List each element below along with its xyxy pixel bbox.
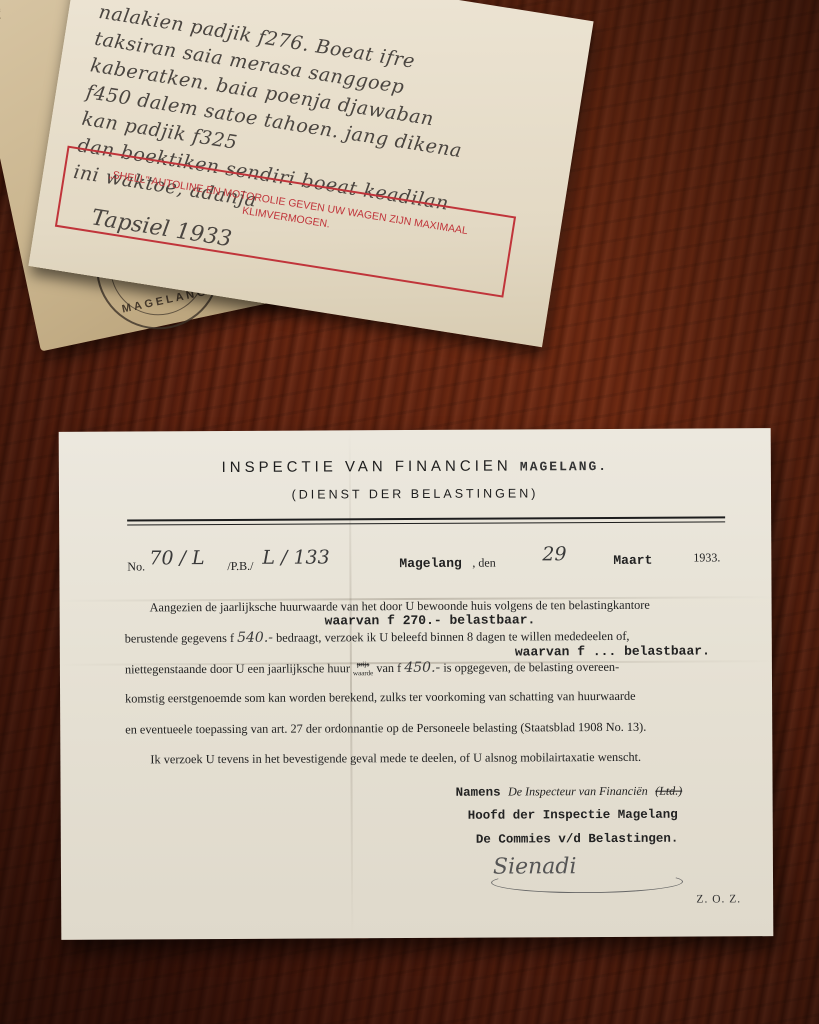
sig-line-2: Hoofd der Inspectie Magelang bbox=[456, 807, 756, 833]
p1-insert2: waarvan f ... belastbaar. bbox=[515, 644, 710, 658]
paper-fold-vertical bbox=[349, 430, 354, 938]
frac-bottom: waarde bbox=[353, 669, 373, 677]
p1-line3-amount: 450.- bbox=[404, 660, 440, 676]
header-rule bbox=[127, 516, 725, 521]
p1-line2-pre: berustende gegevens f bbox=[125, 631, 234, 646]
p1-line2-amount: 540.- bbox=[237, 630, 273, 646]
place: Magelang bbox=[399, 556, 461, 571]
month: Maart bbox=[613, 553, 652, 568]
envelope-edge-text: AN PO bbox=[0, 0, 3, 19]
p1-line3: niettegenstaande door U een jaarlijksche… bbox=[125, 659, 619, 680]
letterhead-printed: INSPECTIE VAN FINANCIEN bbox=[222, 457, 512, 476]
year: 1933. bbox=[693, 550, 720, 565]
p1-line3-mid: van f bbox=[376, 661, 401, 675]
struck-abbrev: (Ltd.) bbox=[655, 784, 682, 798]
price-value-fraction: prijs waarde bbox=[353, 660, 373, 678]
p1-line1: Aangezien de jaarlijksche huurwaarde van… bbox=[150, 599, 650, 614]
pb-value: L / 133 bbox=[262, 546, 329, 568]
signature-block: Namens De Inspecteur van Financiën (Ltd.… bbox=[456, 783, 756, 857]
inspecteur-title: De Inspecteur van Financiën bbox=[508, 784, 648, 799]
paragraph-2: Ik verzoek U tevens in het bevestigende … bbox=[125, 750, 735, 753]
namens: Namens bbox=[456, 786, 501, 800]
pb-label: /P.B./ bbox=[227, 559, 253, 574]
no-label: No. bbox=[127, 559, 145, 574]
p1-line3-pre: niettegenstaande door U een jaarlijksche… bbox=[125, 661, 350, 676]
p1-line2: berustende gegevens f 540.- bedraagt, ve… bbox=[125, 629, 630, 646]
letterhead-subtitle: (DIENST DER BELASTINGEN) bbox=[59, 485, 771, 503]
reference-row: No. 70 / L /P.B./ L / 133 Magelang , den… bbox=[127, 550, 737, 553]
no-value: 70 / L bbox=[149, 547, 204, 569]
letterhead-title: INSPECTIE VAN FINANCIEN MAGELANG. bbox=[59, 456, 771, 477]
p1-line3-post: is opgegeven, de belasting overeen- bbox=[443, 660, 619, 675]
sig-line-3: De Commies v/d Belastingen. bbox=[456, 831, 756, 857]
zoz-footer: Z. O. Z. bbox=[696, 893, 741, 905]
tax-letter: INSPECTIE VAN FINANCIEN MAGELANG. (DIENS… bbox=[59, 428, 774, 940]
sig-line-1: Namens De Inspecteur van Financiën (Ltd.… bbox=[456, 783, 756, 809]
p1-line5: en eventueele toepassing van art. 27 der… bbox=[125, 721, 646, 736]
p2-line: Ik verzoek U tevens in het bevestigende … bbox=[150, 751, 641, 766]
p1-line2-post: bedraagt, verzoek ik U beleefd binnen 8 … bbox=[276, 629, 629, 645]
signature-flourish bbox=[491, 871, 683, 894]
frac-top: prijs bbox=[357, 660, 369, 668]
letterhead-typed-city: MAGELANG. bbox=[520, 459, 608, 474]
day: 29 bbox=[542, 543, 566, 565]
p1-line4: komstig eerstgenoemde som kan worden ber… bbox=[125, 690, 636, 705]
p1-insert1: waarvan f 270.- belastbaar. bbox=[325, 613, 536, 627]
den-label: , den bbox=[472, 556, 495, 571]
header-rule-thin bbox=[127, 521, 725, 525]
